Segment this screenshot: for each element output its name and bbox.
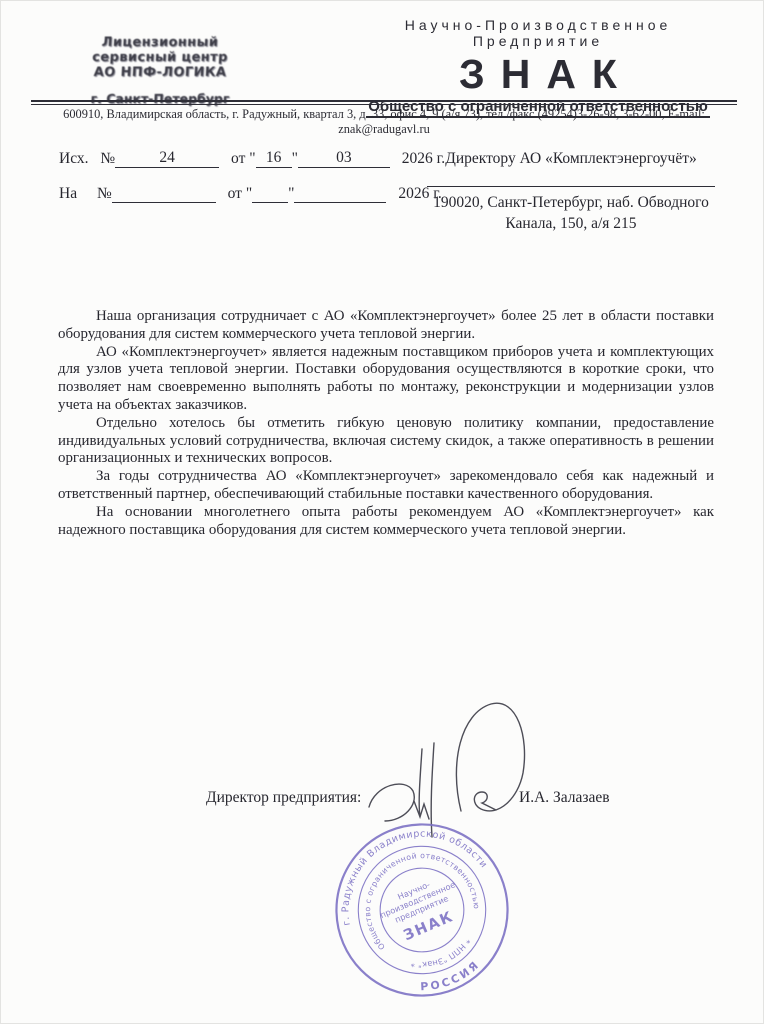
service-stamp-line: Лицензионный	[65, 35, 256, 50]
in-number-field	[112, 202, 216, 203]
out-month-field: 03	[298, 148, 390, 168]
from-label: от	[228, 185, 242, 202]
out-number-field: 24	[115, 148, 219, 168]
quote-mark: "	[246, 185, 252, 202]
in-month-field	[294, 202, 386, 203]
org-name: ЗНАК	[339, 51, 737, 97]
org-type-top: Научно-Производственное Предприятие	[339, 17, 737, 49]
incoming-ref-row: На № от "" 2026 г.	[59, 185, 399, 203]
address-line: 600910, Владимирская область, г. Радужны…	[31, 107, 737, 137]
body-paragraph: За годы сотрудничества АО «Комплектэнерг…	[58, 468, 714, 504]
out-label: Исх.	[59, 150, 89, 167]
recipient-divider	[427, 185, 715, 187]
signer-title: Директор предприятия:	[206, 789, 361, 807]
body-paragraph: АО «Комплектэнергоучет» является надежны…	[58, 344, 714, 415]
in-label: На	[59, 185, 77, 202]
in-day-field	[252, 202, 288, 203]
body-paragraph: На основании многолетнего опыта работы р…	[58, 504, 714, 540]
recipient-address-line: Канала, 150, а/я 215	[401, 213, 741, 234]
service-stamp-line: АО НПФ-ЛОГИКА	[65, 65, 256, 80]
recipient-block: Директору АО «Комплектэнергоучёт» 190020…	[401, 148, 741, 234]
recipient-title: Директору АО «Комплектэнергоучёт»	[401, 148, 741, 169]
number-sign: №	[100, 150, 115, 167]
header-divider	[31, 100, 737, 105]
service-center-stamp: Лицензионный сервисный центр АО НПФ-ЛОГИ…	[65, 35, 255, 106]
from-label: от	[231, 150, 245, 167]
body-paragraph: Наша организация сотрудничает с АО «Комп…	[58, 308, 714, 344]
service-stamp-line: сервисный центр	[65, 50, 256, 65]
letter-body: Наша организация сотрудничает с АО «Комп…	[58, 308, 714, 539]
outgoing-ref-row: Исх. №24 от "16"03 2026 г.	[59, 148, 399, 168]
quote-mark: "	[288, 185, 294, 202]
body-paragraph: Отдельно хотелось бы отметить гибкую цен…	[58, 415, 714, 468]
recipient-address-line: 190020, Санкт-Петербург, наб. Обводного	[401, 192, 741, 213]
letter-page: Лицензионный сервисный центр АО НПФ-ЛОГИ…	[0, 0, 764, 1024]
number-sign: №	[97, 185, 112, 202]
round-stamp: г. Радужный Владимирской области РОССИЯ …	[331, 819, 513, 1001]
out-day-field: 16	[256, 148, 292, 168]
